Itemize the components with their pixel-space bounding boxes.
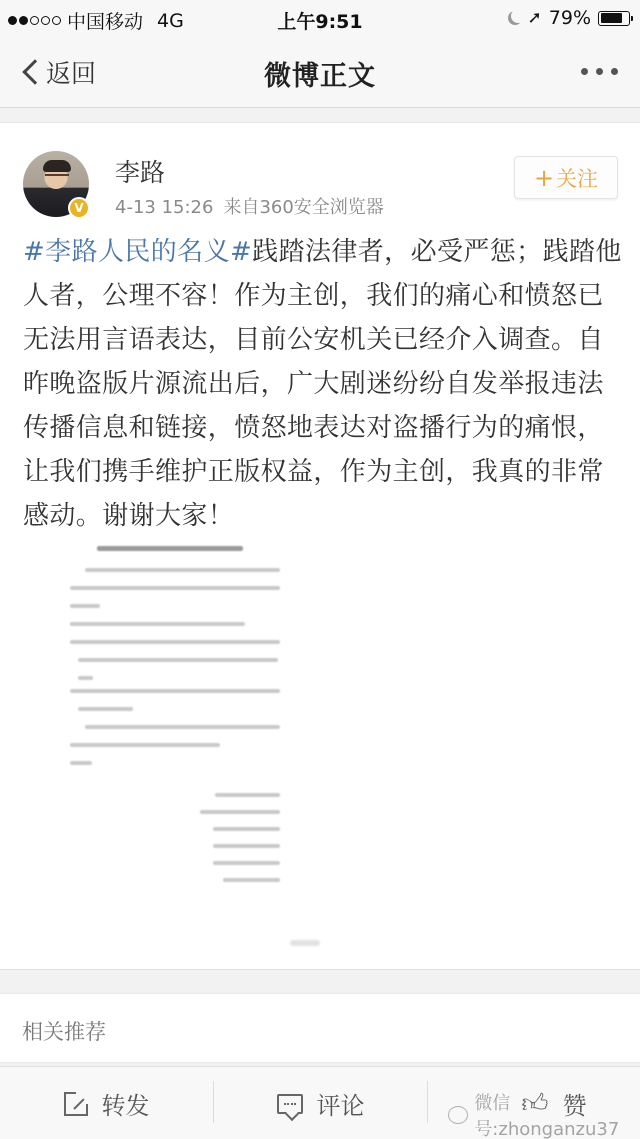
- comment-icon: [277, 1094, 303, 1114]
- comment-button[interactable]: 评论: [214, 1067, 427, 1139]
- battery-icon: [598, 11, 630, 26]
- more-options-button[interactable]: [581, 68, 618, 75]
- watermark-text: 微信号:zhonganzu37: [474, 1089, 640, 1139]
- status-right: ➚ 79%: [507, 7, 630, 29]
- post-source: 来自360安全浏览器: [223, 197, 383, 218]
- wechat-icon: [448, 1106, 468, 1124]
- ellipsis-icon: [581, 68, 588, 75]
- post-body: #李路人民的名义#践踏法律者，必受严惩；践踏他人者，公理不容！作为主创，我们的痛…: [23, 230, 623, 538]
- comment-label: 评论: [317, 1086, 365, 1121]
- nav-bar: 返回 微博正文: [0, 38, 640, 108]
- hashtag-link[interactable]: #李路人民的名义#: [23, 237, 252, 267]
- do-not-disturb-icon: [511, 9, 525, 23]
- image-watermark: [290, 940, 320, 946]
- wechat-watermark: 微信号:zhonganzu37: [448, 1089, 640, 1139]
- page-title: 微博正文: [0, 54, 640, 93]
- location-arrow-icon: ➚: [528, 8, 542, 28]
- plus-icon: +: [534, 164, 554, 192]
- post-card: V 李路 4-13 15:26来自360安全浏览器 + 关注 #李路人民的名义#…: [0, 122, 640, 970]
- author-name[interactable]: 李路: [115, 153, 165, 189]
- repost-button[interactable]: 转发: [0, 1067, 213, 1139]
- post-image-document[interactable]: [50, 528, 320, 968]
- related-section[interactable]: 相关推荐: [0, 993, 640, 1063]
- related-label: 相关推荐: [22, 1016, 106, 1046]
- post-meta: 4-13 15:26来自360安全浏览器: [115, 193, 384, 219]
- follow-label: 关注: [556, 163, 598, 193]
- follow-button[interactable]: + 关注: [514, 156, 618, 199]
- verified-badge-icon: V: [68, 197, 90, 219]
- status-bar: 中国移动 4G 上午9:51 ➚ 79%: [0, 0, 640, 38]
- repost-icon: [64, 1092, 88, 1116]
- post-body-text: 践踏法律者，必受严惩；践踏他人者，公理不容！作为主创，我们的痛心和愤怒已无法用言…: [23, 237, 622, 531]
- post-timestamp: 4-13 15:26: [115, 197, 213, 218]
- battery-percent: 79%: [549, 7, 591, 29]
- repost-label: 转发: [102, 1086, 150, 1121]
